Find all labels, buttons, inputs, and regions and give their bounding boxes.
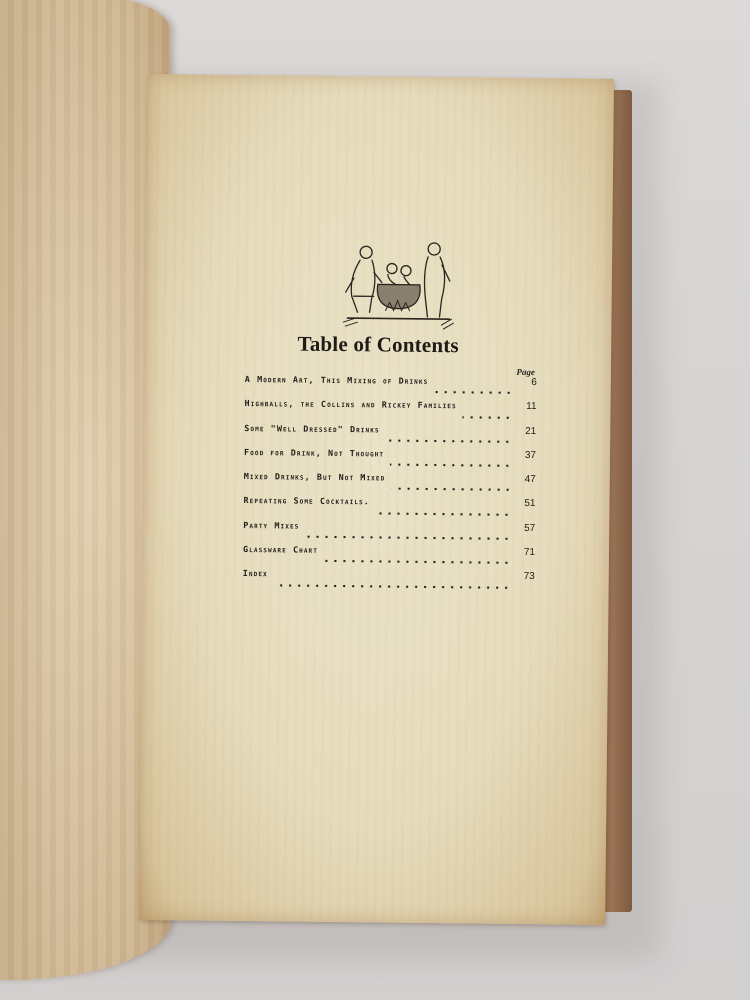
toc-entry: Index73 [243, 568, 535, 595]
toc-entry: Some "Well Dressed" Drinks21 [244, 423, 536, 450]
toc-entry-title: Mixed Drinks, But Not Mixed [244, 471, 386, 482]
dot-leader [390, 461, 512, 470]
toc-entry: Food for Drink, Not Thought37 [244, 447, 536, 474]
toc-entry-title: Party Mixes [243, 520, 299, 531]
dot-leader [274, 581, 511, 591]
dot-leader [324, 557, 511, 567]
toc-entry: Repeating Some Cocktails.51 [243, 496, 535, 523]
toc-entry-page: 21 [518, 425, 536, 436]
toc-entry-page: 51 [517, 498, 535, 509]
toc-entry: Glassware Chart71 [243, 544, 535, 571]
book-photo: 1 Tab [0, 0, 750, 1000]
toc-list: A Modern Art, This Mixing of Drinks6 Hig… [243, 374, 537, 596]
dot-leader [463, 413, 513, 422]
toc-entry-page: 47 [518, 474, 536, 485]
cooks-around-cauldron-illustration [335, 238, 460, 331]
dot-leader [305, 533, 511, 543]
toc-entry-title: A Modern Art, This Mixing of Drinks [245, 374, 429, 386]
dot-leader [391, 485, 512, 494]
toc-entry-title: Repeating Some Cocktails. [243, 496, 369, 507]
toc-entry: Mixed Drinks, But Not Mixed47 [244, 471, 536, 498]
toc-entry-title: Highballs, the Collins and Rickey Famili… [245, 398, 457, 410]
dot-leader [386, 436, 513, 445]
dot-leader [434, 388, 513, 397]
toc-entry: Highballs, the Collins and Rickey Famili… [244, 398, 536, 425]
toc-entry: Party Mixes57 [243, 520, 535, 547]
toc-entry-title: Index [243, 568, 268, 578]
toc-entry-page: 11 [518, 401, 536, 412]
page-column-label: Page [516, 367, 535, 377]
dot-leader [376, 509, 512, 518]
toc-entry-title: Food for Drink, Not Thought [244, 447, 384, 458]
toc-entry-page: 71 [517, 547, 535, 558]
toc-entry-page: 73 [517, 571, 535, 582]
toc-entry-page: 57 [517, 523, 535, 534]
page-title: Table of Contents [145, 330, 611, 360]
toc-entry-title: Glassware Chart [243, 544, 318, 555]
toc-entry-title: Some "Well Dressed" Drinks [244, 423, 379, 434]
toc-entry-page: 6 [519, 377, 537, 388]
toc-entry-page: 37 [518, 450, 536, 461]
toc-entry: A Modern Art, This Mixing of Drinks6 [245, 374, 537, 401]
table-of-contents-page: Table of Contents Page A Modern Art, Thi… [139, 74, 614, 925]
